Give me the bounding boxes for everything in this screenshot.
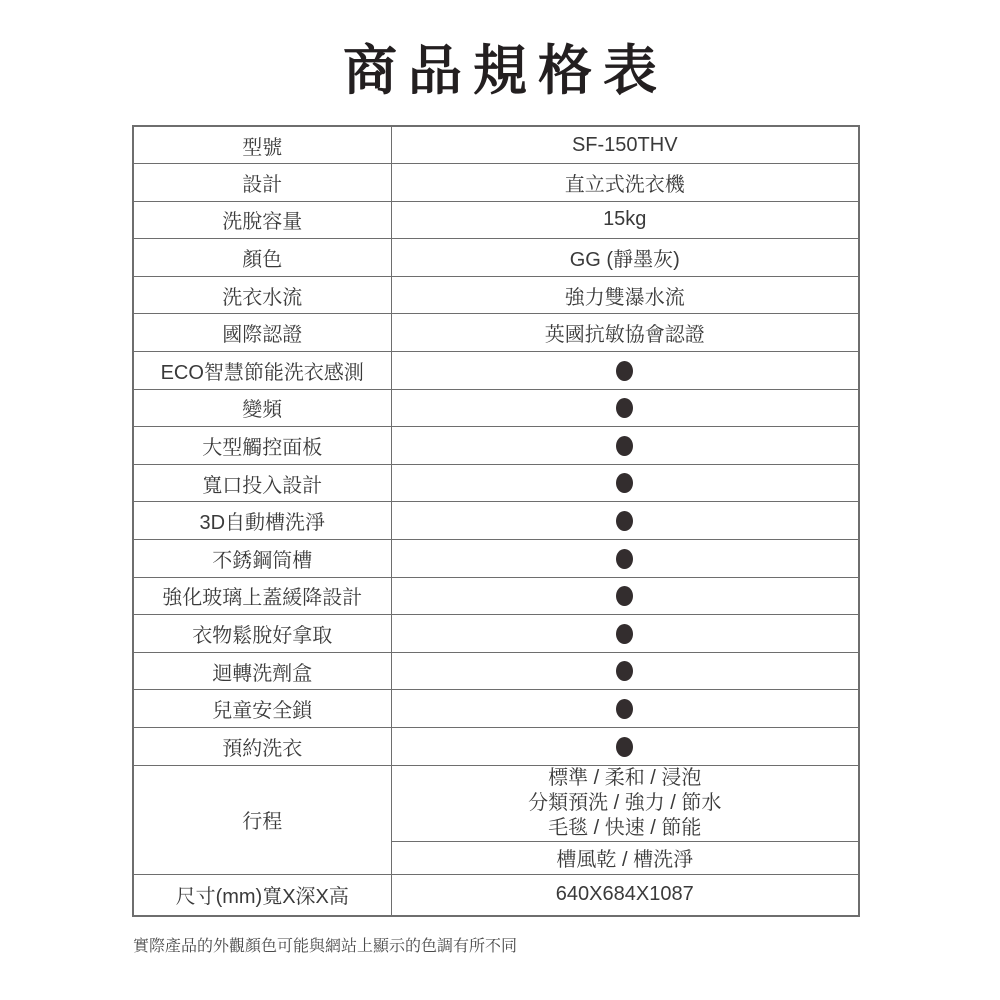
table-row: 大型觸控面板 <box>133 427 859 465</box>
table-row: 3D自動槽洗淨 <box>133 502 859 540</box>
feature-dot-cell <box>391 427 859 465</box>
feature-dot <box>616 549 633 569</box>
spec-label: 洗脫容量 <box>133 201 391 239</box>
table-row: 迴轉洗劑盒 <box>133 652 859 690</box>
feature-dot <box>616 586 633 606</box>
spec-label: 顏色 <box>133 239 391 277</box>
spec-label: 型號 <box>133 126 391 164</box>
spec-value: GG (靜墨灰) <box>391 239 859 277</box>
spec-label-program: 行程 <box>133 765 391 874</box>
feature-dot <box>616 473 633 493</box>
spec-label: 變頻 <box>133 389 391 427</box>
feature-dot <box>616 699 633 719</box>
feature-dot <box>616 361 633 381</box>
feature-dot <box>616 737 633 757</box>
table-row: 衣物鬆脫好拿取 <box>133 615 859 653</box>
spec-value: 英國抗敏協會認證 <box>391 314 859 352</box>
spec-label: 3D自動槽洗淨 <box>133 502 391 540</box>
table-row: 國際認證英國抗敏協會認證 <box>133 314 859 352</box>
feature-dot-cell <box>391 652 859 690</box>
feature-dot-cell <box>391 389 859 427</box>
feature-dot-cell <box>391 502 859 540</box>
program-line-3: 毛毯 / 快速 / 節能 <box>396 816 855 841</box>
feature-dot <box>616 436 633 456</box>
spec-label-dimensions: 尺寸(mm)寬X深X高 <box>133 874 391 916</box>
table-row: 強化玻璃上蓋緩降設計 <box>133 577 859 615</box>
spec-label: 強化玻璃上蓋緩降設計 <box>133 577 391 615</box>
spec-value-dimensions: 640X684X1087 <box>391 874 859 916</box>
spec-static-body: 行程 標準 / 柔和 / 浸泡 分類預洗 / 強力 / 節水 毛毯 / 快速 /… <box>133 765 859 916</box>
table-row: 顏色GG (靜墨灰) <box>133 239 859 277</box>
spec-label: 衣物鬆脫好拿取 <box>133 615 391 653</box>
table-row: 型號SF-150THV <box>133 126 859 164</box>
table-row: 不銹鋼筒槽 <box>133 540 859 578</box>
spec-label: 設計 <box>133 164 391 202</box>
spec-label: 洗衣水流 <box>133 276 391 314</box>
feature-dot <box>616 624 633 644</box>
table-row-program: 行程 標準 / 柔和 / 浸泡 分類預洗 / 強力 / 節水 毛毯 / 快速 /… <box>133 765 859 841</box>
table-row: 設計直立式洗衣機 <box>133 164 859 202</box>
table-row: ECO智慧節能洗衣感測 <box>133 352 859 390</box>
table-row: 兒童安全鎖 <box>133 690 859 728</box>
table-row: 洗衣水流強力雙瀑水流 <box>133 276 859 314</box>
spec-label: 大型觸控面板 <box>133 427 391 465</box>
spec-label: 不銹鋼筒槽 <box>133 540 391 578</box>
spec-value-program: 標準 / 柔和 / 浸泡 分類預洗 / 強力 / 節水 毛毯 / 快速 / 節能 <box>391 765 859 841</box>
spec-label: 寬口投入設計 <box>133 464 391 502</box>
product-spec-table: 型號SF-150THV設計直立式洗衣機洗脫容量15kg顏色GG (靜墨灰)洗衣水… <box>132 125 860 917</box>
spec-label: 預約洗衣 <box>133 728 391 766</box>
feature-dot <box>616 661 633 681</box>
spec-value: 15kg <box>391 201 859 239</box>
spec-label: 國際認證 <box>133 314 391 352</box>
page-title: 商品規格表 <box>0 28 1000 105</box>
feature-dot-cell <box>391 540 859 578</box>
table-row: 洗脫容量15kg <box>133 201 859 239</box>
table-row: 變頻 <box>133 389 859 427</box>
feature-dot-cell <box>391 615 859 653</box>
table-row-dimensions: 尺寸(mm)寬X深X高 640X684X1087 <box>133 874 859 916</box>
spec-value: 強力雙瀑水流 <box>391 276 859 314</box>
feature-dot-cell <box>391 690 859 728</box>
spec-label: ECO智慧節能洗衣感測 <box>133 352 391 390</box>
table-row: 寬口投入設計 <box>133 464 859 502</box>
feature-dot-cell <box>391 464 859 502</box>
spec-value: 直立式洗衣機 <box>391 164 859 202</box>
spec-label: 迴轉洗劑盒 <box>133 652 391 690</box>
table-row: 預約洗衣 <box>133 728 859 766</box>
program-line-1: 標準 / 柔和 / 浸泡 <box>396 766 855 791</box>
footer-disclaimer: 實際產品的外觀顏色可能與網站上顯示的色調有所不同 <box>133 933 517 956</box>
spec-label: 兒童安全鎖 <box>133 690 391 728</box>
program-line-2: 分類預洗 / 強力 / 節水 <box>396 791 855 816</box>
feature-dot <box>616 511 633 531</box>
feature-dot-cell <box>391 728 859 766</box>
feature-dot-cell <box>391 352 859 390</box>
feature-dot-cell <box>391 577 859 615</box>
feature-dot <box>616 398 633 418</box>
spec-value-program-sub: 槽風乾 / 槽洗淨 <box>391 841 859 874</box>
spec-rows-body: 型號SF-150THV設計直立式洗衣機洗脫容量15kg顏色GG (靜墨灰)洗衣水… <box>133 126 859 765</box>
spec-value: SF-150THV <box>391 126 859 164</box>
